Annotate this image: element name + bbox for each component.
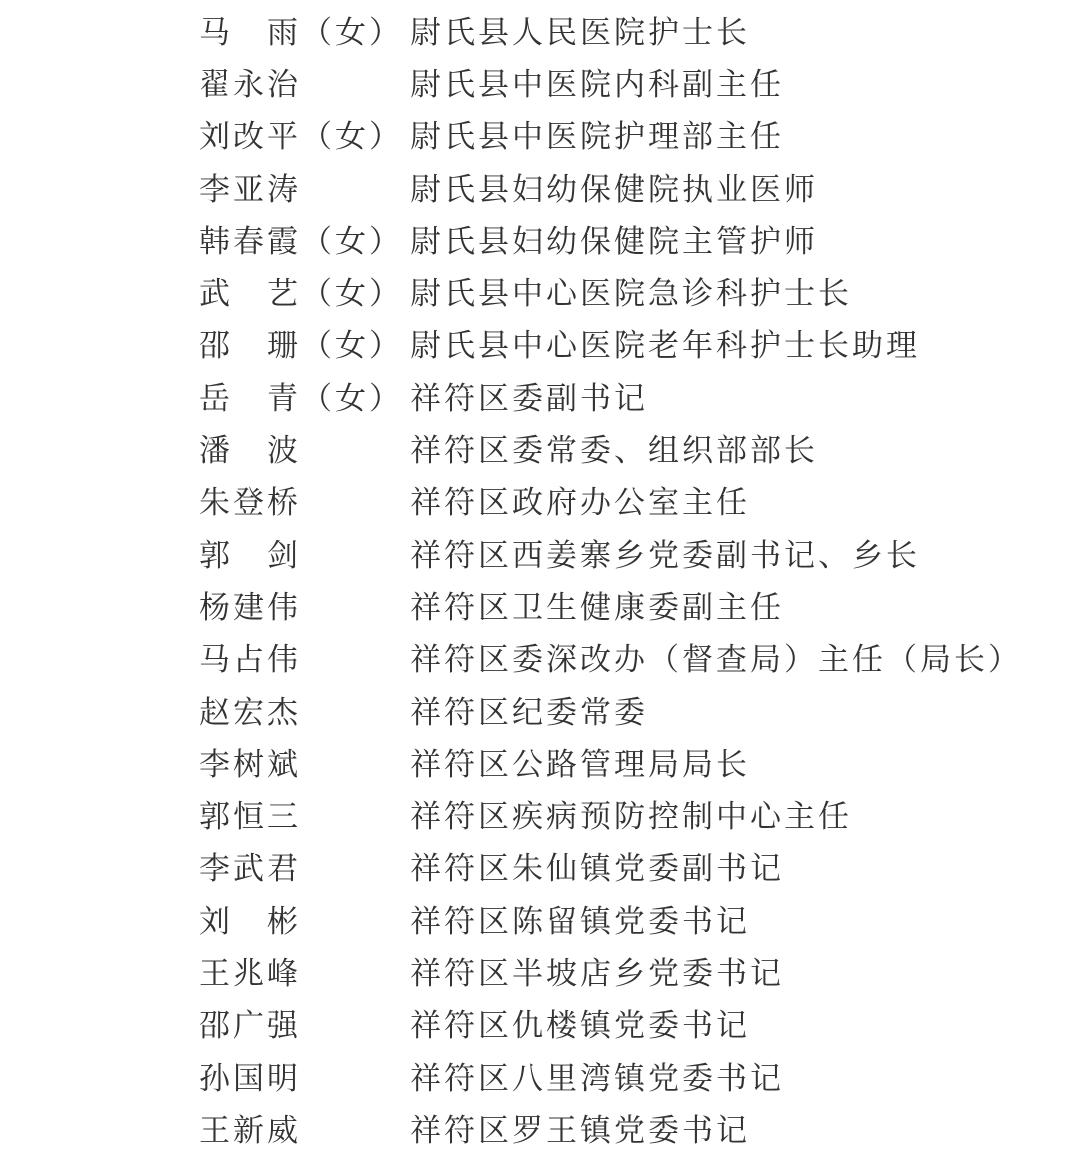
person-title: 祥符区罗王镇党委书记 — [410, 1105, 750, 1149]
roster-row: 韩春霞（女） 尉氏县妇幼保健院主管护师 — [0, 212, 1080, 264]
person-title: 尉氏县妇幼保健院执业医师 — [410, 164, 818, 209]
roster-row: 马 雨（女） 尉氏县人民医院护士长 — [0, 3, 1080, 55]
person-name: 马 雨（女） — [199, 7, 410, 52]
person-name: 王兆峰 — [199, 948, 410, 993]
roster-row: 武 艺（女） 尉氏县中心医院急诊科护士长 — [0, 264, 1080, 316]
person-name: 刘 彬 — [199, 896, 410, 941]
person-title: 祥符区纪委常委 — [410, 687, 648, 732]
roster-row: 王兆峰 祥符区半坡店乡党委书记 — [0, 944, 1080, 996]
person-title: 尉氏县中心医院老年科护士长助理 — [410, 320, 920, 365]
person-title: 尉氏县中医院护理部主任 — [410, 111, 784, 156]
person-name: 邵广强 — [199, 1000, 410, 1045]
person-title: 祥符区委深改办（督查局）主任（局长） — [410, 634, 1022, 679]
person-name: 潘 波 — [199, 425, 410, 470]
roster-row: 刘 彬 祥符区陈留镇党委书记 — [0, 892, 1080, 944]
person-title: 祥符区卫生健康委副主任 — [410, 582, 784, 627]
person-name: 刘改平（女） — [199, 111, 410, 156]
roster-row: 邵广强 祥符区仇楼镇党委书记 — [0, 997, 1080, 1049]
roster-row: 赵宏杰 祥符区纪委常委 — [0, 683, 1080, 735]
roster-row: 孙国明 祥符区八里湾镇党委书记 — [0, 1049, 1080, 1101]
person-name: 李树斌 — [199, 739, 410, 784]
roster-row: 马占伟 祥符区委深改办（督查局）主任（局长） — [0, 631, 1080, 683]
person-name: 郭 剑 — [199, 530, 410, 575]
roster-row: 潘 波 祥符区委常委、组织部部长 — [0, 421, 1080, 473]
person-name: 邵 珊（女） — [199, 320, 410, 365]
roster-row: 李武君 祥符区朱仙镇党委副书记 — [0, 840, 1080, 892]
person-name: 李亚涛 — [199, 164, 410, 209]
person-name: 朱登桥 — [199, 477, 410, 522]
person-name: 武 艺（女） — [199, 268, 410, 313]
person-title: 祥符区政府办公室主任 — [410, 477, 750, 522]
roster-row: 王新威 祥符区罗王镇党委书记 — [0, 1101, 1080, 1149]
person-title: 尉氏县中医院内科副主任 — [410, 59, 784, 104]
person-title: 祥符区八里湾镇党委书记 — [410, 1053, 784, 1098]
person-name: 孙国明 — [199, 1053, 410, 1098]
person-title: 祥符区陈留镇党委书记 — [410, 896, 750, 941]
roster-row: 杨建伟 祥符区卫生健康委副主任 — [0, 578, 1080, 630]
person-title: 祥符区西姜寨乡党委副书记、乡长 — [410, 530, 920, 575]
roster-row: 翟永治 尉氏县中医院内科副主任 — [0, 55, 1080, 107]
roster-row: 郭 剑 祥符区西姜寨乡党委副书记、乡长 — [0, 526, 1080, 578]
roster-row: 邵 珊（女） 尉氏县中心医院老年科护士长助理 — [0, 317, 1080, 369]
roster-row: 郭恒三 祥符区疾病预防控制中心主任 — [0, 787, 1080, 839]
person-name: 马占伟 — [199, 634, 410, 679]
person-name: 王新威 — [199, 1105, 410, 1149]
person-name: 岳 青（女） — [199, 373, 410, 418]
roster-list: 马 雨（女） 尉氏县人民医院护士长 翟永治 尉氏县中医院内科副主任 刘改平（女）… — [0, 0, 1080, 1149]
roster-row: 刘改平（女） 尉氏县中医院护理部主任 — [0, 108, 1080, 160]
person-title: 祥符区委常委、组织部部长 — [410, 425, 818, 470]
person-name: 李武君 — [199, 843, 410, 888]
person-title: 尉氏县中心医院急诊科护士长 — [410, 268, 852, 313]
person-name: 杨建伟 — [199, 582, 410, 627]
roster-row: 岳 青（女） 祥符区委副书记 — [0, 369, 1080, 421]
person-title: 尉氏县人民医院护士长 — [410, 7, 750, 52]
person-name: 郭恒三 — [199, 791, 410, 836]
person-name: 赵宏杰 — [199, 687, 410, 732]
person-name: 翟永治 — [199, 59, 410, 104]
roster-row: 朱登桥 祥符区政府办公室主任 — [0, 474, 1080, 526]
person-title: 祥符区仇楼镇党委书记 — [410, 1000, 750, 1045]
person-title: 祥符区委副书记 — [410, 373, 648, 418]
document-page: 马 雨（女） 尉氏县人民医院护士长 翟永治 尉氏县中医院内科副主任 刘改平（女）… — [0, 0, 1080, 1149]
person-title: 祥符区疾病预防控制中心主任 — [410, 791, 852, 836]
person-title: 尉氏县妇幼保健院主管护师 — [410, 216, 818, 261]
person-title: 祥符区半坡店乡党委书记 — [410, 948, 784, 993]
roster-row: 李树斌 祥符区公路管理局局长 — [0, 735, 1080, 787]
person-name: 韩春霞（女） — [199, 216, 410, 261]
person-title: 祥符区公路管理局局长 — [410, 739, 750, 784]
roster-row: 李亚涛 尉氏县妇幼保健院执业医师 — [0, 160, 1080, 212]
person-title: 祥符区朱仙镇党委副书记 — [410, 843, 784, 888]
